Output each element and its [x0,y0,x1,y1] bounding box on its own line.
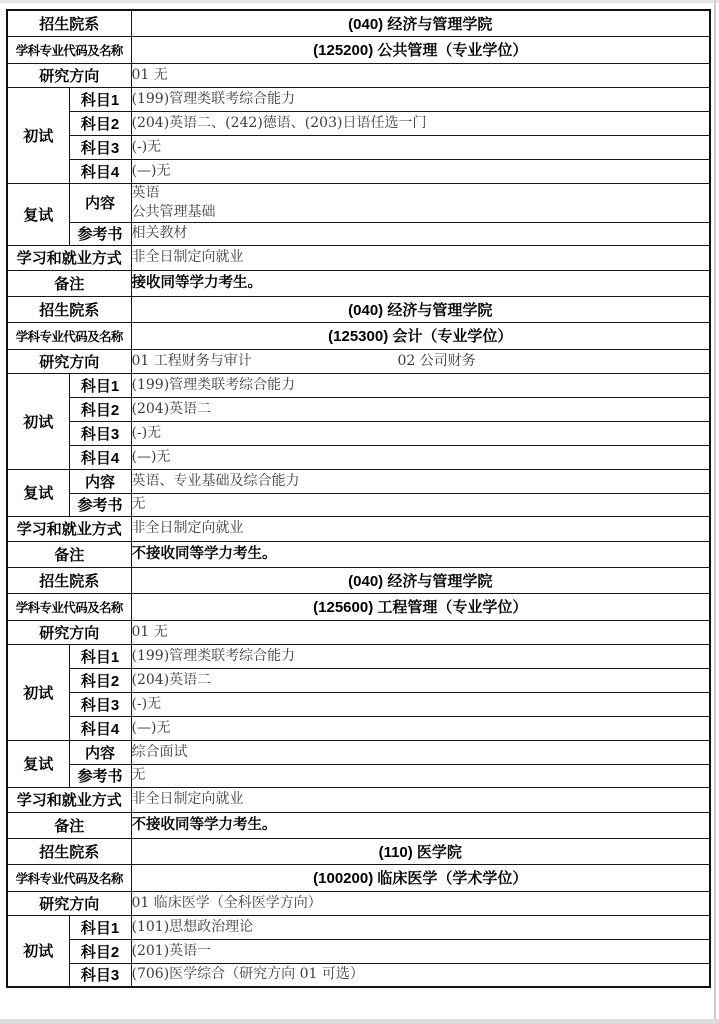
subject-value: (204)英语二 [131,668,710,692]
table-row: 科目4 (—)无 [7,445,710,469]
table-row: 备注 不接收同等学力考生。 [7,812,710,838]
subject-value: (-)无 [131,135,710,159]
major-value: (100200) 临床医学（学术学位） [131,864,710,891]
table-row: 复试 内容 综合面试 [7,740,710,764]
major-value: (125600) 工程管理（专业学位） [131,593,710,620]
dept-value: (040) 经济与管理学院 [131,296,710,322]
table-row: 科目3 (706)医学综合（研究方向 01 可选） [7,963,710,987]
subject-value: (—)无 [131,159,710,183]
direction-item: 01 无 [132,623,398,642]
study-mode-label: 学习和就业方式 [7,245,131,270]
retest-content-value: 英语、专业基础及综合能力 [131,469,710,493]
table-row: 招生院系 (110) 医学院 [7,838,710,864]
study-mode-value: 非全日制定向就业 [131,516,710,541]
subject-label: 科目4 [69,159,131,183]
table-row: 学科专业代码及名称 (100200) 临床医学（学术学位） [7,864,710,891]
subject-label: 科目3 [69,963,131,987]
table-row: 科目3 (-)无 [7,421,710,445]
table-row: 初试 科目1 (101)思想政治理论 [7,915,710,939]
table-row: 科目2 (201)英语一 [7,939,710,963]
note-label: 备注 [7,812,131,838]
table-row: 参考书 无 [7,764,710,787]
table-row: 学习和就业方式 非全日制定向就业 [7,245,710,270]
retest-label: 复试 [7,740,69,787]
reference-label: 参考书 [69,493,131,516]
direction-value: 01 无 [131,620,710,644]
dept-label: 招生院系 [7,10,131,36]
direction-item: 01 无 [132,66,398,85]
retest-content-value: 综合面试 [131,740,710,764]
note-label: 备注 [7,541,131,567]
study-mode-label: 学习和就业方式 [7,787,131,812]
major-label: 学科专业代码及名称 [7,36,131,63]
direction-label: 研究方向 [7,349,131,373]
table-row: 参考书 无 [7,493,710,516]
table-row: 学科专业代码及名称 (125600) 工程管理（专业学位） [7,593,710,620]
table-row: 科目3 (-)无 [7,135,710,159]
table-row: 学科专业代码及名称 (125200) 公共管理（专业学位） [7,36,710,63]
major-value: (125200) 公共管理（专业学位） [131,36,710,63]
reference-value: 相关教材 [131,222,710,245]
first-exam-label: 初试 [7,644,69,740]
admissions-table: 招生院系 (040) 经济与管理学院 学科专业代码及名称 (125200) 公共… [6,9,711,988]
table-row: 科目4 (—)无 [7,159,710,183]
subject-value: (201)英语一 [131,939,710,963]
retest-content-line: 公共管理基础 [132,203,709,222]
table-row: 招生院系 (040) 经济与管理学院 [7,567,710,593]
retest-label: 复试 [7,469,69,516]
table-row: 参考书 相关教材 [7,222,710,245]
retest-content-label: 内容 [69,740,131,764]
subject-label: 科目2 [69,111,131,135]
scan-edge-right [714,0,716,1024]
direction-label: 研究方向 [7,891,131,915]
table-row: 科目4 (—)无 [7,716,710,740]
table-row: 研究方向 01 无 [7,63,710,87]
dept-label: 招生院系 [7,567,131,593]
document-page: 招生院系 (040) 经济与管理学院 学科专业代码及名称 (125200) 公共… [0,0,719,1024]
study-mode-value: 非全日制定向就业 [131,787,710,812]
subject-value: (—)无 [131,716,710,740]
note-label: 备注 [7,270,131,296]
retest-label: 复试 [7,183,69,245]
table-row: 学科专业代码及名称 (125300) 会计（专业学位） [7,322,710,349]
retest-content-label: 内容 [69,183,131,222]
study-mode-label: 学习和就业方式 [7,516,131,541]
subject-label: 科目3 [69,421,131,445]
subject-label: 科目1 [69,87,131,111]
table-row: 科目2 (204)英语二 [7,397,710,421]
table-row: 研究方向 01 无 [7,620,710,644]
scan-edge-bottom [0,1019,719,1024]
reference-value: 无 [131,493,710,516]
first-exam-label: 初试 [7,87,69,183]
subject-value: (—)无 [131,445,710,469]
table-row: 初试 科目1 (199)管理类联考综合能力 [7,87,710,111]
first-exam-label: 初试 [7,915,69,987]
subject-label: 科目1 [69,373,131,397]
major-value: (125300) 会计（专业学位） [131,322,710,349]
subject-value: (-)无 [131,421,710,445]
table-row: 学习和就业方式 非全日制定向就业 [7,516,710,541]
direction-value: 01 临床医学（全科医学方向） [131,891,710,915]
direction-label: 研究方向 [7,63,131,87]
subject-label: 科目2 [69,668,131,692]
table-row: 科目3 (-)无 [7,692,710,716]
table-row: 初试 科目1 (199)管理类联考综合能力 [7,373,710,397]
dept-value: (040) 经济与管理学院 [131,10,710,36]
subject-value: (199)管理类联考综合能力 [131,87,710,111]
table-row: 科目2 (204)英语二 [7,668,710,692]
dept-label: 招生院系 [7,296,131,322]
table-row: 备注 接收同等学力考生。 [7,270,710,296]
direction-item: 01 工程财务与审计 [132,352,398,371]
admissions-document: 招生院系 (040) 经济与管理学院 学科专业代码及名称 (125200) 公共… [6,9,711,988]
table-row: 研究方向 01 工程财务与审计02 公司财务 [7,349,710,373]
table-row: 初试 科目1 (199)管理类联考综合能力 [7,644,710,668]
subject-value: (204)英语二 [131,397,710,421]
scan-edge-top [0,0,719,3]
subject-label: 科目4 [69,445,131,469]
major-label: 学科专业代码及名称 [7,593,131,620]
subject-label: 科目2 [69,397,131,421]
subject-label: 科目3 [69,135,131,159]
retest-content-label: 内容 [69,469,131,493]
table-row: 科目2 (204)英语二、(242)德语、(203)日语任选一门 [7,111,710,135]
reference-label: 参考书 [69,222,131,245]
subject-label: 科目1 [69,644,131,668]
subject-value: (199)管理类联考综合能力 [131,644,710,668]
subject-value: (-)无 [131,692,710,716]
reference-value: 无 [131,764,710,787]
first-exam-label: 初试 [7,373,69,469]
note-value: 不接收同等学力考生。 [131,541,710,567]
major-label: 学科专业代码及名称 [7,864,131,891]
table-row: 招生院系 (040) 经济与管理学院 [7,296,710,322]
note-value: 不接收同等学力考生。 [131,812,710,838]
table-row: 招生院系 (040) 经济与管理学院 [7,10,710,36]
subject-label: 科目2 [69,939,131,963]
major-label: 学科专业代码及名称 [7,322,131,349]
retest-content-value: 英语 公共管理基础 [131,183,710,222]
note-value: 接收同等学力考生。 [131,270,710,296]
subject-label: 科目3 [69,692,131,716]
subject-value: (101)思想政治理论 [131,915,710,939]
dept-value: (040) 经济与管理学院 [131,567,710,593]
table-row: 学习和就业方式 非全日制定向就业 [7,787,710,812]
direction-item: 02 公司财务 [398,353,476,369]
dept-value: (110) 医学院 [131,838,710,864]
subject-label: 科目1 [69,915,131,939]
table-row: 研究方向 01 临床医学（全科医学方向） [7,891,710,915]
subject-value: (706)医学综合（研究方向 01 可选） [131,963,710,987]
table-row: 复试 内容 英语、专业基础及综合能力 [7,469,710,493]
reference-label: 参考书 [69,764,131,787]
table-row: 备注 不接收同等学力考生。 [7,541,710,567]
direction-label: 研究方向 [7,620,131,644]
study-mode-value: 非全日制定向就业 [131,245,710,270]
dept-label: 招生院系 [7,838,131,864]
direction-value: 01 无 [131,63,710,87]
retest-content-line: 英语 [132,184,709,203]
direction-value: 01 工程财务与审计02 公司财务 [131,349,710,373]
subject-value: (199)管理类联考综合能力 [131,373,710,397]
subject-value: (204)英语二、(242)德语、(203)日语任选一门 [131,111,710,135]
table-row: 复试 内容 英语 公共管理基础 [7,183,710,222]
subject-label: 科目4 [69,716,131,740]
direction-item: 01 临床医学（全科医学方向） [132,894,398,913]
